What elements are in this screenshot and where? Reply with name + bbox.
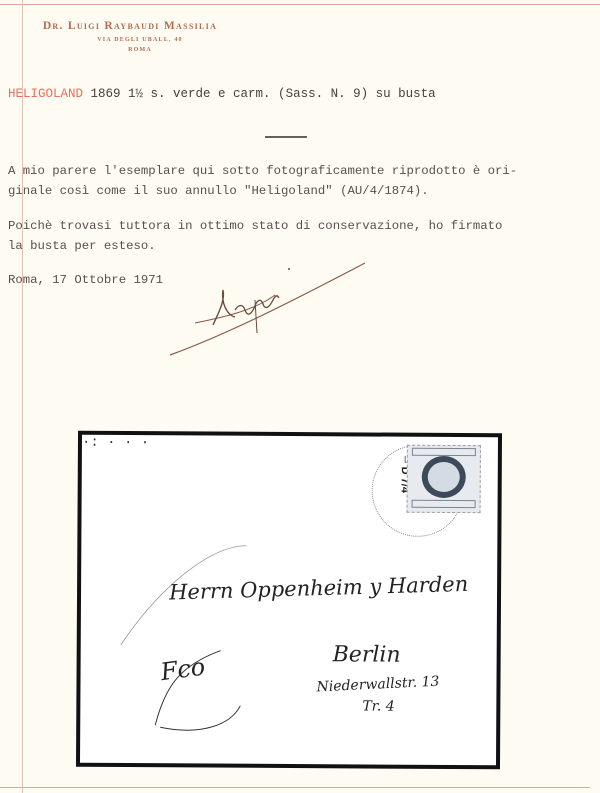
margin-line — [22, 0, 23, 793]
franco-mark: Fco — [159, 653, 207, 687]
opinion-paragraph: A mio parere l'esemplare qui sotto fotog… — [8, 161, 517, 201]
letterhead-name: Dr. Luigi Raybaudi Massilia — [0, 20, 280, 32]
condition-paragraph: Poichè trovasi tuttora in ottimo stato d… — [8, 216, 502, 256]
letterhead-city: ROMA — [0, 47, 280, 53]
top-border-rule — [0, 4, 600, 5]
subject-description: 1869 1½ s. verde e carm. (Sass. N. 9) su… — [91, 87, 436, 101]
destination-city: Berlin — [333, 642, 401, 667]
condition-line-2: la busta per esteso. — [8, 236, 502, 256]
condition-line-1: Poichè trovasi tuttora in ottimo stato d… — [8, 216, 502, 236]
letterhead: Dr. Luigi Raybaudi Massilia VIA DEGLI UB… — [0, 20, 280, 53]
place-date: Roma, 17 Ottobre 1971 — [8, 273, 163, 287]
bottom-border-rule — [0, 787, 590, 788]
letterhead-address: VIA DEGLI UBALL, 40 — [0, 37, 280, 43]
envelope-photo: ·: · · · LAND D 7/4 Herrn Oppenheim y Ha… — [76, 431, 502, 770]
signature-icon — [165, 255, 375, 365]
opinion-line-1: A mio parere l'esemplare qui sotto fotog… — [8, 161, 517, 181]
certificate-subject: HELIGOLAND 1869 1½ s. verde e carm. (Sas… — [8, 87, 436, 101]
destination-apartment: Tr. 4 — [362, 698, 394, 714]
opinion-line-2: ginale così come il suo annullo "Heligol… — [8, 181, 517, 201]
divider-line — [265, 136, 307, 138]
subject-country: HELIGOLAND — [8, 87, 83, 101]
